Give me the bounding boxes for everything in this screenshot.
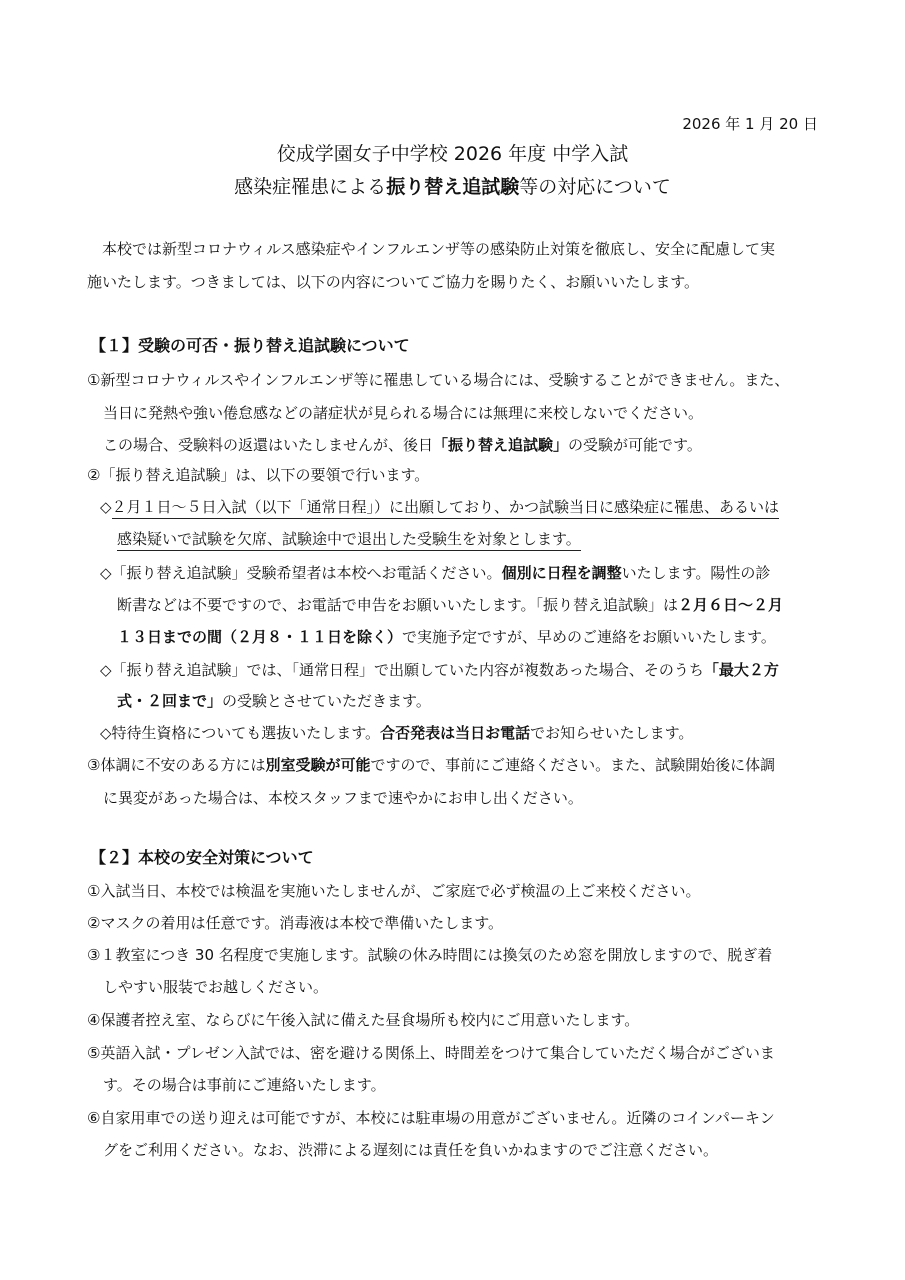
diamond-icon: ◇	[100, 564, 112, 582]
s2-item1: ①入試当日、本校では検温を実施いたしませんが、ご家庭で必ず検温の上ご来校ください…	[87, 881, 700, 901]
diamond-icon: ◇	[100, 498, 112, 516]
s2-item6-line2: グをご利用ください。なお、渋滞による遅刻には責任を負いかねますのでご注意ください…	[103, 1140, 718, 1160]
s1-bullet3-line1: ◇「振り替え追試験」では、「通常日程」で出願していた内容が複数あった場合、そのう…	[100, 660, 779, 680]
s2-item6-line1: ⑥自家用車での送り迎えは可能ですが、本校には駐車場の用意がございません。近隣のコ…	[87, 1108, 775, 1128]
s2-item2: ②マスクの着用は任意です。消毒液は本校で準備いたします。	[87, 913, 503, 933]
section2-heading: 【２】本校の安全対策について	[90, 848, 314, 868]
s1-item3-line2: に異変があった場合は、本校スタッフまで速やかにお申し出ください。	[103, 788, 583, 808]
document-page: 2026 年 1 月 20 日 佼成学園女子中学校 2026 年度 中学入試 感…	[0, 0, 905, 1280]
title-pre: 感染症罹患による	[234, 176, 386, 198]
s1-bullet4: ◇特待生資格についても選抜いたします。合否発表は当日お電話でお知らせいたします。	[100, 723, 693, 743]
section1-heading: 【１】受験の可否・振り替え追試験について	[90, 336, 410, 356]
intro-line-1: 本校では新型コロナウィルス感染症やインフルエンザ等の感染防止対策を徹底し、安全に…	[87, 239, 775, 259]
document-date: 2026 年 1 月 20 日	[682, 114, 818, 134]
s2-item3-line1: ③１教室につき 30 名程度で実施します。試験の休み時間には換気のため窓を開放し…	[87, 945, 772, 965]
title-school-exam: 佼成学園女子中学校 2026 年度 中学入試	[0, 141, 905, 167]
s1-item2-line1: ②「振り替え追試験」は、以下の要領で行います。	[87, 465, 429, 485]
s2-item5-line1: ⑤英語入試・プレゼン入試では、密を避ける関係上、時間差をつけて集合していただく場…	[87, 1043, 775, 1063]
title-bold: 振り替え追試験	[386, 176, 519, 198]
s2-item4: ④保護者控え室、ならびに午後入試に備えた昼食場所も校内にご用意いたします。	[87, 1010, 639, 1030]
s1-item3-line1: ③体調に不安のある方には別室受験が可能ですので、事前にご連絡ください。また、試験…	[87, 755, 775, 775]
s2-item3-line2: しやすい服装でお越しください。	[103, 977, 328, 997]
diamond-icon: ◇	[100, 724, 112, 742]
s1-item1-line3: この場合、受験料の返還はいたしませんが、後日「振り替え追試験」の受験が可能です。	[103, 435, 702, 455]
s1-bullet1-line1: ◇２月１日～５日入試（以下「通常日程」）に出願しており、かつ試験当日に感染症に罹…	[100, 497, 779, 517]
s1-bullet2-line1: ◇「振り替え追試験」受験希望者は本校へお電話ください。個別に日程を調整いたします…	[100, 563, 770, 583]
intro-line-2: 施いたします。つきましては、以下の内容についてご協力を賜りたく、お願いいたします…	[87, 272, 699, 292]
title-subject: 感染症罹患による振り替え追試験等の対応について	[0, 174, 905, 200]
s2-item5-line2: す。その場合は事前にご連絡いたします。	[103, 1075, 386, 1095]
diamond-icon: ◇	[100, 661, 112, 679]
s1-item1-line2: 当日に発熱や強い倦怠感などの諸症状が見られる場合には無理に来校しないでください。	[103, 403, 703, 423]
s1-bullet2-line2: 断書などは不要ですので、お電話で申告をお願いいたします。「振り替え追試験」は２月…	[117, 595, 783, 615]
s1-item1-line1: ①新型コロナウィルスやインフルエンザ等に罹患している場合には、受験することができ…	[87, 370, 789, 390]
s1-bullet2-line3: １３日までの間（２月８・１１日を除く）で実施予定ですが、早めのご連絡をお願いいた…	[117, 627, 776, 647]
s1-bullet3-line2: 式・２回まで」の受験とさせていただきます。	[117, 691, 431, 711]
title-post: 等の対応について	[519, 176, 671, 198]
s1-bullet1-line2: 感染疑いで試験を欠席、試験途中で退出した受験生を対象とします。	[117, 529, 581, 549]
